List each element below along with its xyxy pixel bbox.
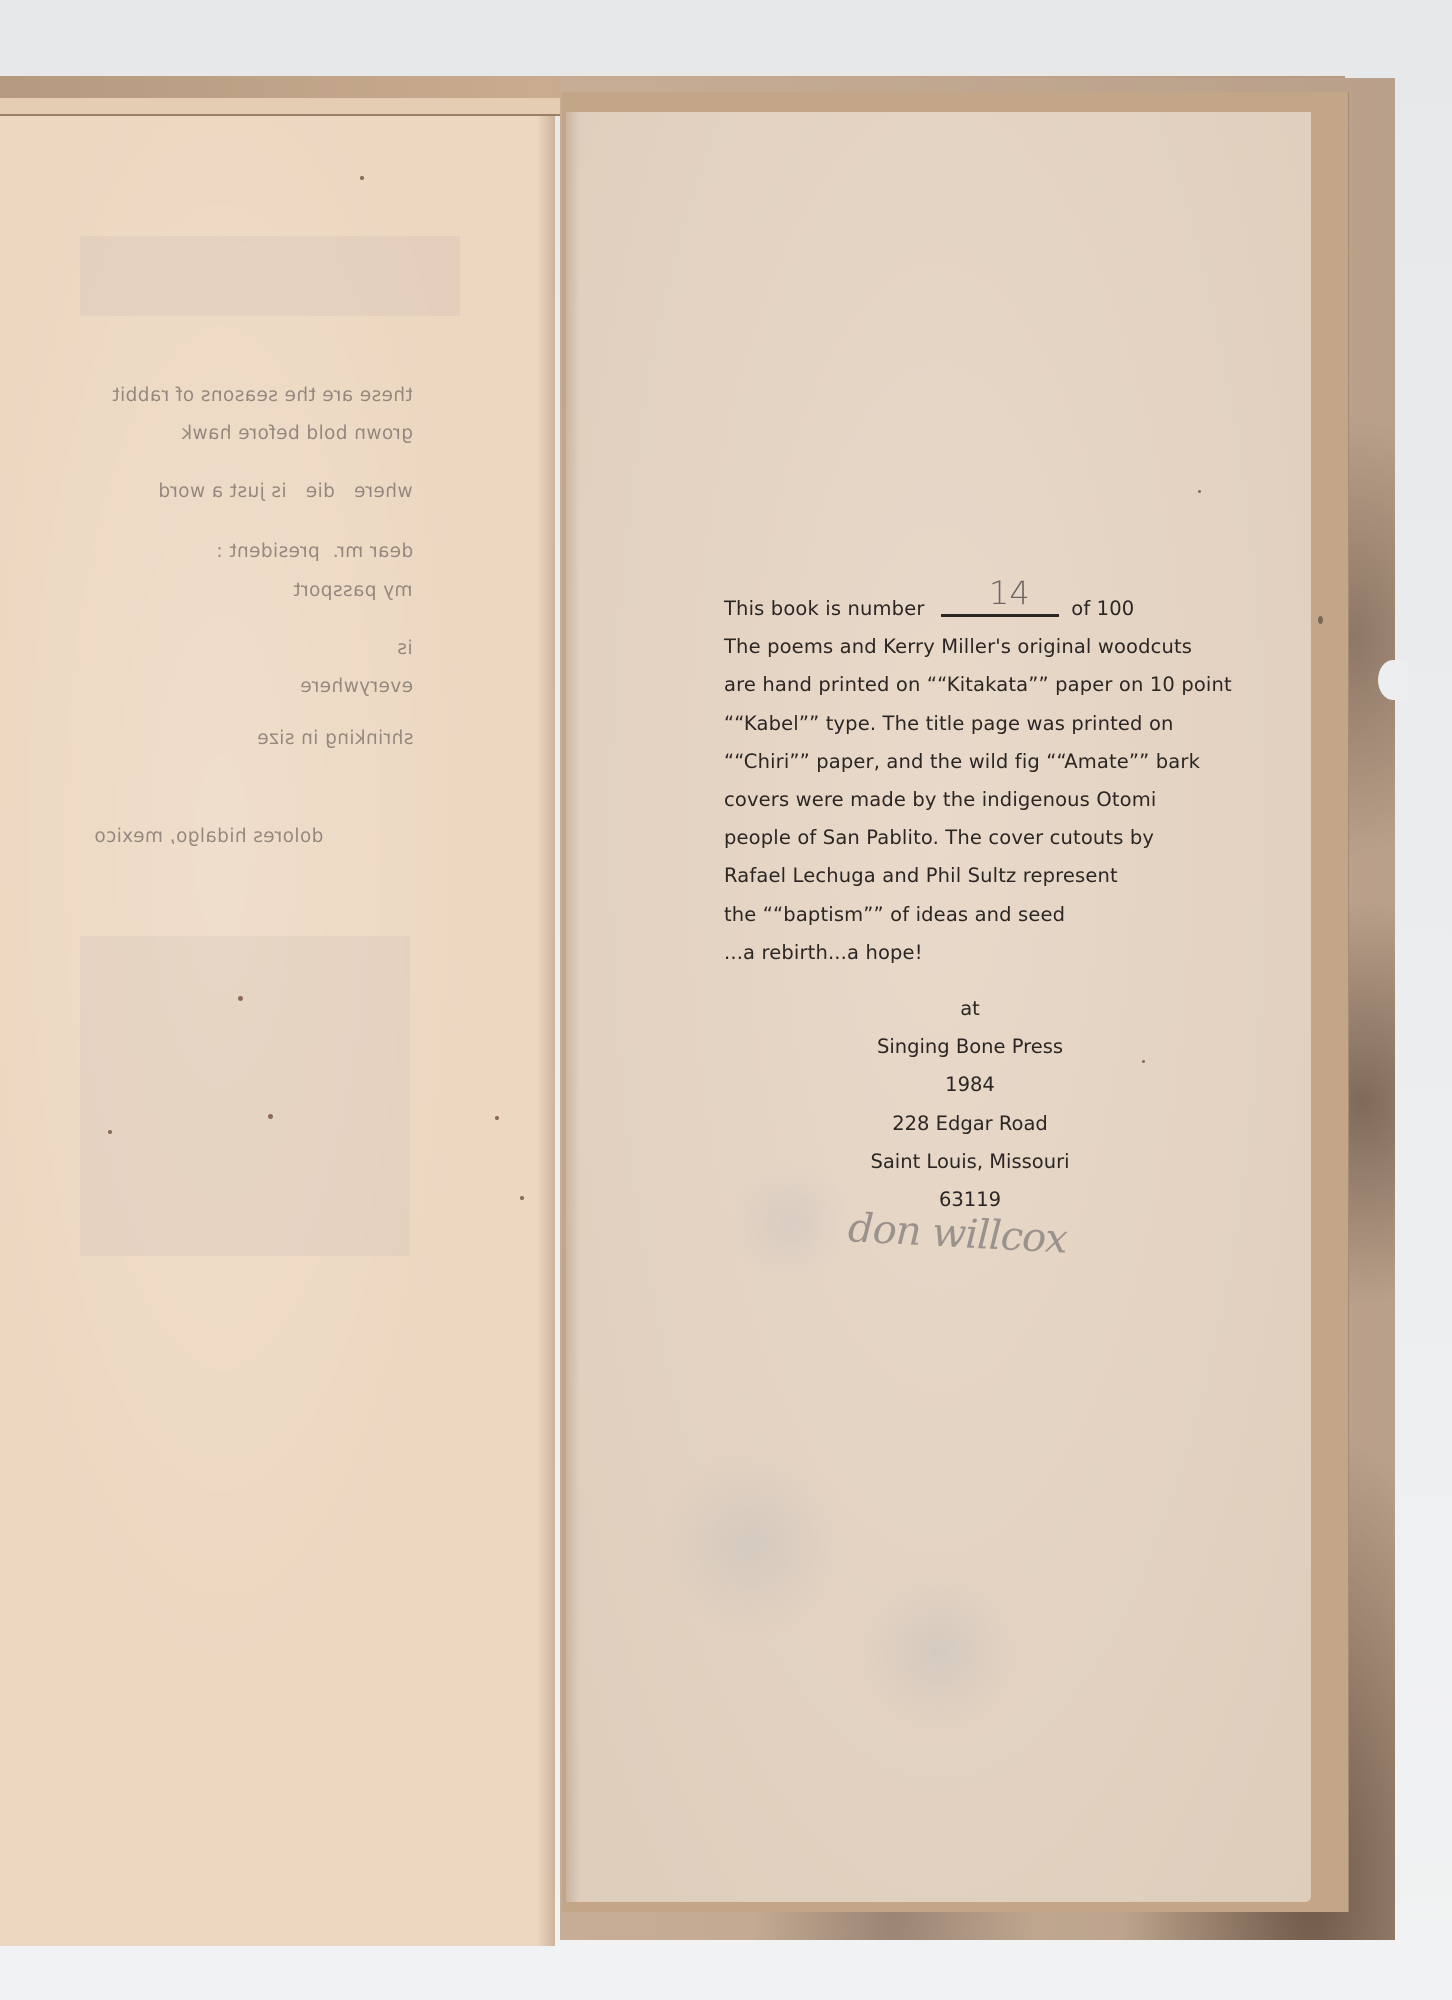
paper-speck [1142, 1060, 1145, 1063]
handwritten-edition-number: 14 [989, 574, 1030, 612]
colophon-line: ““Chiri”” paper, and the wild fig ““Amat… [724, 743, 1244, 781]
paper-speck [520, 1196, 524, 1200]
paper-speck [495, 1116, 499, 1120]
bleed-through-line: my passport [293, 580, 413, 601]
colophon-line: people of San Pablito. The cover cutouts… [724, 819, 1244, 857]
left-flyleaf-top-edge [0, 98, 560, 116]
edition-line: This book is number 14 of 100 [724, 590, 1244, 628]
colophon-line: ...a rebirth...a hope! [724, 934, 1244, 972]
bleed-through-line: is [397, 638, 413, 659]
bleed-through-line: grown bold before hawk [181, 423, 413, 444]
edition-suffix: of 100 [1071, 597, 1134, 620]
colophon-line: are hand printed on ““Kitakata”” paper o… [724, 666, 1244, 704]
bleed-through-line: shrinking in size [257, 728, 413, 749]
publication-year: 1984 [820, 1066, 1120, 1104]
press-name: Singing Bone Press [820, 1028, 1120, 1066]
paper-speck [268, 1114, 273, 1119]
paper-speck [108, 1130, 112, 1134]
cover-notch [1378, 660, 1408, 700]
edition-number-blank: 14 [941, 594, 1059, 617]
bleed-through-line: dolores hidalgo, mexico [94, 826, 323, 847]
city-state: Saint Louis, Missouri [820, 1143, 1120, 1181]
bleed-through-line: everywhere [300, 676, 413, 697]
imprint-at: at [820, 990, 1120, 1028]
colophon-line: Rafael Lechuga and Phil Sultz represent [724, 857, 1244, 895]
bleed-ghost-block [80, 236, 460, 316]
bleed-through-line: dear mr. president : [216, 541, 413, 562]
colophon-line: covers were made by the indigenous Otomi [724, 781, 1244, 819]
cover-fiber-mark [1318, 616, 1323, 624]
paper-speck [238, 996, 243, 1001]
edition-prefix: This book is number [724, 597, 925, 620]
bleed-through-line: these are the seasons of rabbit [112, 385, 413, 406]
colophon-line: The poems and Kerry Miller's original wo… [724, 628, 1244, 666]
bleed-ghost-block [80, 936, 410, 1256]
colophon-line: the ““baptism”” of ideas and seed [724, 896, 1244, 934]
bleed-through-line: where die is just a word [158, 481, 413, 502]
publisher-imprint: at Singing Bone Press 1984 228 Edgar Roa… [820, 990, 1120, 1219]
paper-speck [1198, 490, 1201, 493]
left-page: these are the seasons of rabbit grown bo… [0, 116, 555, 1946]
colophon-line: ““Kabel”” type. The title page was print… [724, 705, 1244, 743]
street-address: 228 Edgar Road [820, 1105, 1120, 1143]
paper-speck [360, 176, 364, 180]
colophon-text: This book is number 14 of 100 The poems … [724, 590, 1244, 972]
